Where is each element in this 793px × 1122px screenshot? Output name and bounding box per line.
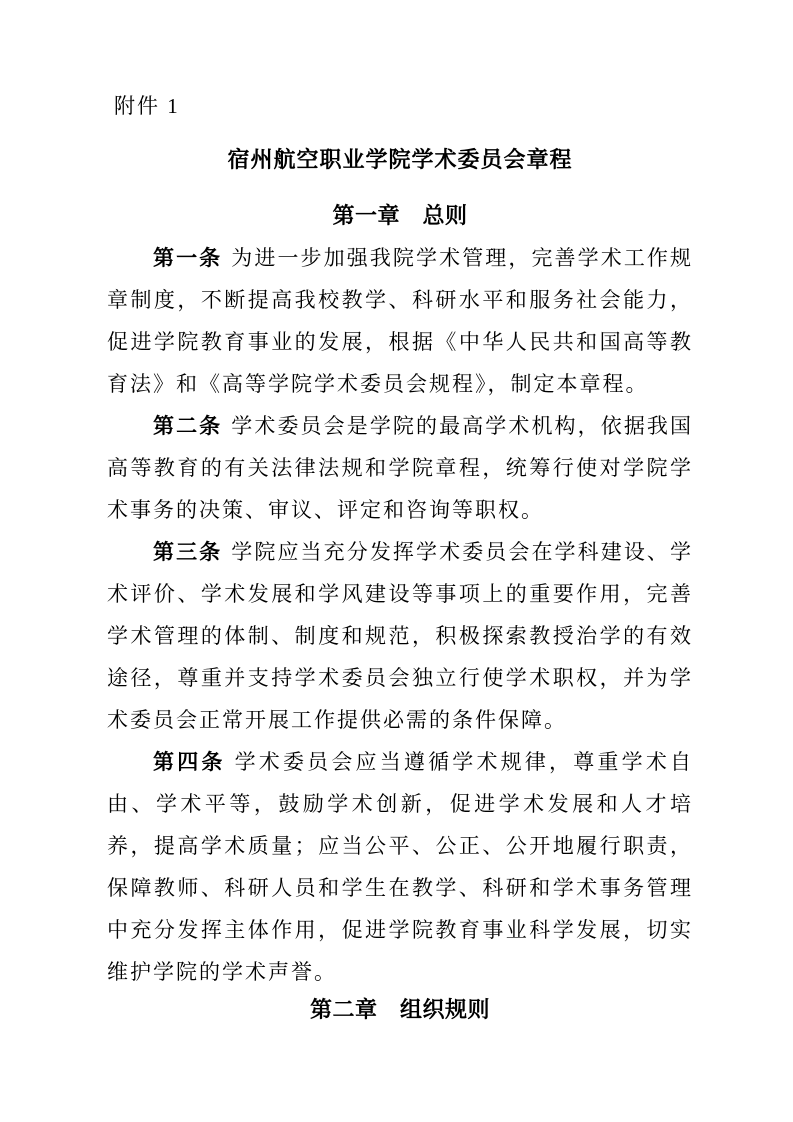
article-1: 第一条为进一步加强我院学术管理，完善学术工作规章制度，不断提高我校教学、科研水平… [107,237,693,405]
article-3-text: 学院应当充分发挥学术委员会在学科建设、学术评价、学术发展和学风建设等事项上的重要… [107,540,693,732]
chapter-1-heading: 第一章 总则 [107,201,693,231]
chapter-2-heading: 第二章 组织规则 [107,995,693,1025]
article-3-label: 第三条 [153,540,222,564]
document-page: 附件 1 宿州航空职业学院学术委员会章程 第一章 总则 第一条为进一步加强我院学… [0,0,793,1122]
article-3: 第三条学院应当充分发挥学术委员会在学科建设、学术评价、学术发展和学风建设等事项上… [107,531,693,741]
attachment-label: 附件 1 [114,93,693,119]
article-4-text: 学术委员会应当遵循学术规律，尊重学术自由、学术平等，鼓励学术创新，促进学术发展和… [107,750,693,984]
article-4-label: 第四条 [153,750,226,774]
article-4: 第四条学术委员会应当遵循学术规律，尊重学术自由、学术平等，鼓励学术创新，促进学术… [107,741,693,993]
article-1-label: 第一条 [153,246,222,270]
article-2: 第二条学术委员会是学院的最高学术机构，依据我国高等教育的有关法律法规和学院章程，… [107,405,693,531]
article-2-label: 第二条 [153,414,222,438]
document-title: 宿州航空职业学院学术委员会章程 [107,145,693,175]
